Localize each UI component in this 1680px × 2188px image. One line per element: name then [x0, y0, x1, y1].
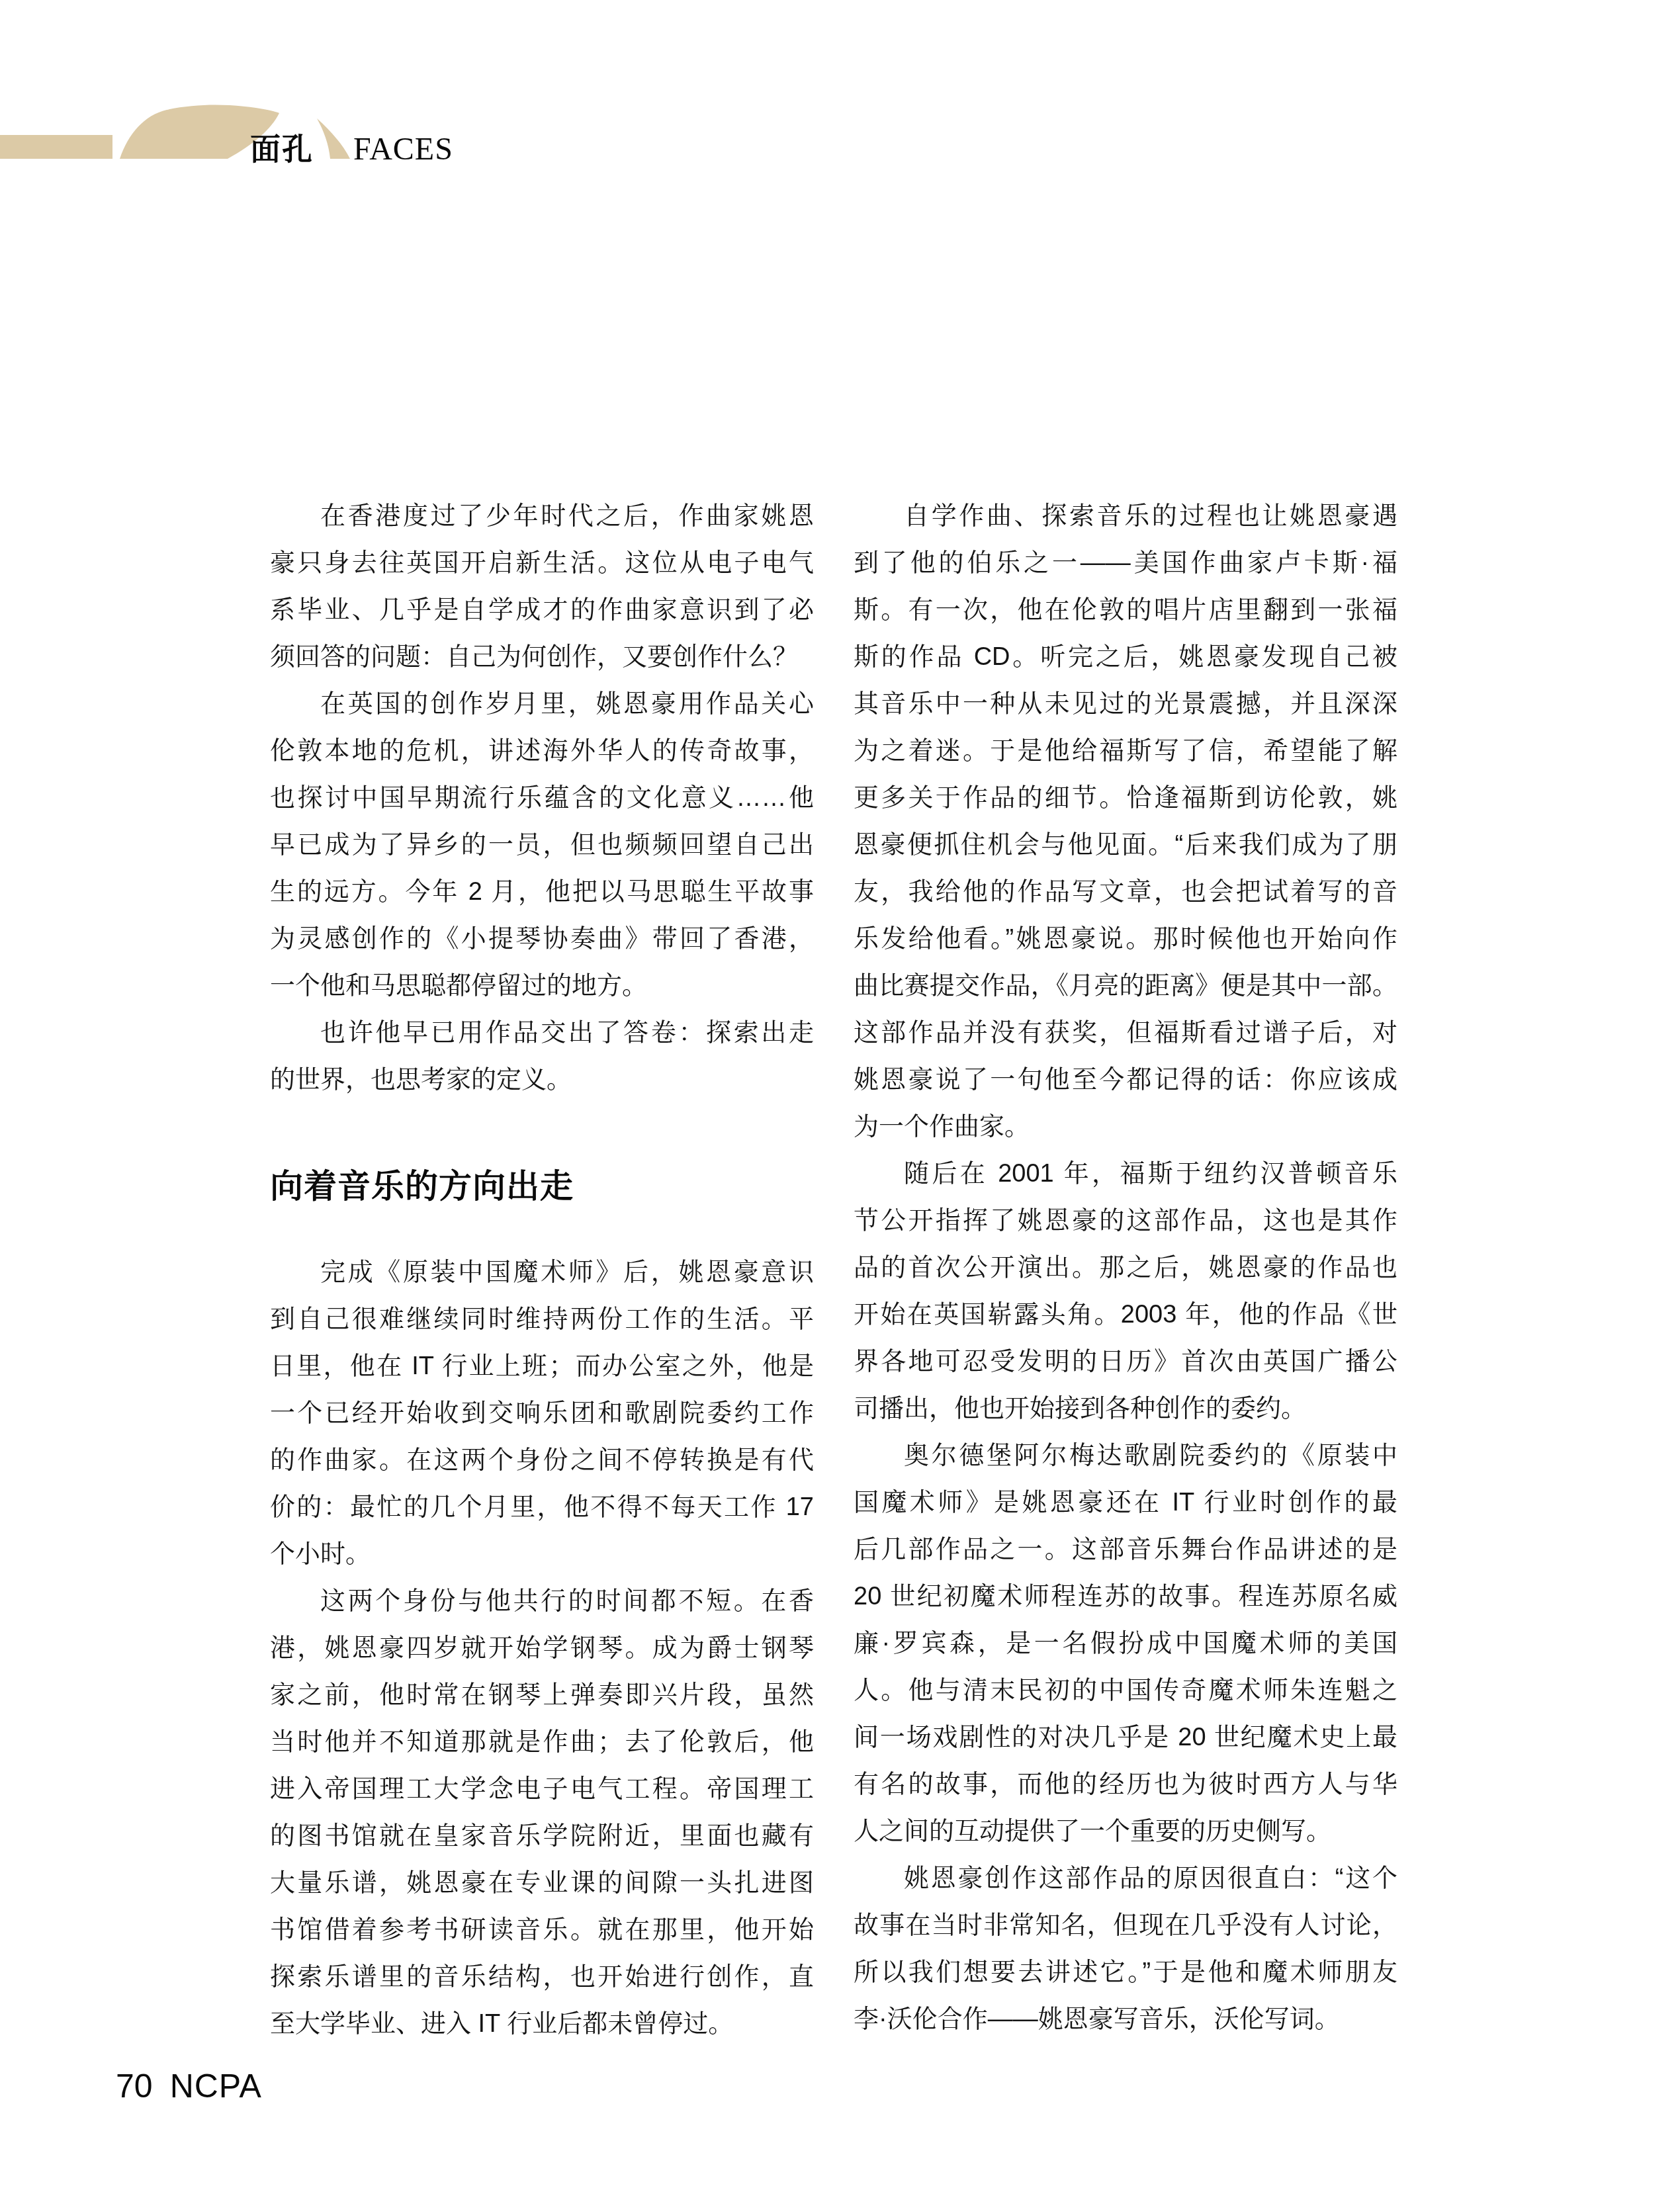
section-title-zh: 面孔: [250, 132, 314, 166]
text-line: 生的远方。今年 2 月，他把以马思聪生平故事: [270, 869, 814, 916]
paragraph: 也许他早已用作品交出了答卷：探索出走的世界，也思考家的定义。: [270, 1010, 814, 1104]
text-line: 须回答的问题：自己为何创作，又要创作什么？: [270, 634, 814, 681]
paragraph: 随后在 2001 年，福斯于纽约汉普顿音乐节公开指挥了姚恩豪的这部作品，这也是其…: [854, 1151, 1397, 1432]
section-heading: 向着音乐的方向出走: [270, 1166, 814, 1206]
section-title-en: FACES: [353, 133, 453, 166]
paragraph: 这两个身份与他共行的时间都不短。在香港，姚恩豪四岁就开始学钢琴。成为爵士钢琴家之…: [270, 1578, 814, 2048]
text-line: 界各地可忍受发明的日历》首次由英国广播公: [854, 1338, 1397, 1385]
text-line: 节公开指挥了姚恩豪的这部作品，这也是其作: [854, 1198, 1397, 1245]
text-line: 斯。有一次，他在伦敦的唱片店里翻到一张福: [854, 587, 1397, 634]
text-line: 为一个作曲家。: [854, 1104, 1397, 1151]
text-line: 更多关于作品的细节。恰逢福斯到访伦敦，姚: [854, 775, 1397, 822]
text-line: 随后在 2001 年，福斯于纽约汉普顿音乐: [854, 1151, 1397, 1198]
paragraph: 奥尔德堡阿尔梅达歌剧院委约的《原装中国魔术师》是姚恩豪还在 IT 行业时创作的最…: [854, 1432, 1397, 1855]
text-line: 的图书馆就在皇家音乐学院附近，里面也藏有: [270, 1813, 814, 1860]
article-column-right: 自学作曲、探索音乐的过程也让姚恩豪遇到了他的伯乐之一——美国作曲家卢卡斯·福斯。…: [854, 493, 1397, 2043]
text-line: 有名的故事，而他的经历也为彼时西方人与华: [854, 1761, 1397, 1808]
text-line: 乐发给他看。”姚恩豪说。那时候他也开始向作: [854, 916, 1397, 963]
text-line: 间一场戏剧性的对决几乎是 20 世纪魔术史上最: [854, 1714, 1397, 1761]
article-column-left: 在香港度过了少年时代之后，作曲家姚恩豪只身去往英国开启新生活。这位从电子电气系毕…: [270, 493, 814, 2048]
text-line: 日里，他在 IT 行业上班；而办公室之外，他是: [270, 1343, 814, 1390]
text-line: 的作曲家。在这两个身份之间不停转换是有代: [270, 1437, 814, 1484]
text-line: 在香港度过了少年时代之后，作曲家姚恩: [270, 493, 814, 540]
text-line: 姚恩豪说了一句他至今都记得的话：你应该成: [854, 1057, 1397, 1104]
text-line: 探索乐谱里的音乐结构，也开始进行创作，直: [270, 1954, 814, 2001]
text-line: 个小时。: [270, 1531, 814, 1578]
text-line: 系毕业、几乎是自学成才的作曲家意识到了必: [270, 587, 814, 634]
text-line: 也许他早已用作品交出了答卷：探索出走: [270, 1010, 814, 1057]
header-swoosh-shape: [317, 118, 350, 159]
text-line: 姚恩豪创作这部作品的原因很直白：“这个: [854, 1855, 1397, 1902]
text-line: 自学作曲、探索音乐的过程也让姚恩豪遇: [854, 493, 1397, 540]
text-line: 国魔术师》是姚恩豪还在 IT 行业时创作的最: [854, 1479, 1397, 1526]
text-line: 为灵感创作的《小提琴协奏曲》带回了香港，: [270, 916, 814, 963]
text-line: 豪只身去往英国开启新生活。这位从电子电气: [270, 540, 814, 587]
text-line: 到自己很难继续同时维持两份工作的生活。平: [270, 1296, 814, 1343]
text-line: 这部作品并没有获奖，但福斯看过谱子后，对: [854, 1010, 1397, 1057]
text-line: 曲比赛提交作品，《月亮的距离》便是其中一部。: [854, 963, 1397, 1010]
text-line: 进入帝国理工大学念电子电气工程。帝国理工: [270, 1766, 814, 1813]
text-line: 开始在英国崭露头角。2003 年，他的作品《世: [854, 1291, 1397, 1338]
paragraph: 完成《原装中国魔术师》后，姚恩豪意识到自己很难继续同时维持两份工作的生活。平日里…: [270, 1249, 814, 1578]
paragraph: 在香港度过了少年时代之后，作曲家姚恩豪只身去往英国开启新生活。这位从电子电气系毕…: [270, 493, 814, 681]
text-line: 当时他并不知道那就是作曲；去了伦敦后，他: [270, 1719, 814, 1766]
text-line: 的世界，也思考家的定义。: [270, 1057, 814, 1104]
text-line: 在英国的创作岁月里，姚恩豪用作品关心: [270, 681, 814, 728]
text-line: 港，姚恩豪四岁就开始学钢琴。成为爵士钢琴: [270, 1625, 814, 1672]
text-line: 廉·罗宾森，是一名假扮成中国魔术师的美国: [854, 1620, 1397, 1667]
text-line: 大量乐谱，姚恩豪在专业课的间隙一头扎进图: [270, 1860, 814, 1907]
text-line: 一个他和马思聪都停留过的地方。: [270, 963, 814, 1010]
magazine-page: 面孔 FACES 在香港度过了少年时代之后，作曲家姚恩豪只身去往英国开启新生活。…: [0, 0, 1680, 2188]
text-line: 奥尔德堡阿尔梅达歌剧院委约的《原装中: [854, 1432, 1397, 1479]
text-line: 也探讨中国早期流行乐蕴含的文化意义……他: [270, 775, 814, 822]
text-line: 至大学毕业、进入 IT 行业后都未曾停过。: [270, 2001, 814, 2048]
text-line: 友，我给他的作品写文章，也会把试着写的音: [854, 869, 1397, 916]
paragraph: 姚恩豪创作这部作品的原因很直白：“这个故事在当时非常知名，但现在几乎没有人讨论，…: [854, 1855, 1397, 2043]
text-line: 恩豪便抓住机会与他见面。“后来我们成为了朋: [854, 822, 1397, 869]
text-line: 品的首次公开演出。那之后，姚恩豪的作品也: [854, 1245, 1397, 1291]
text-line: 这两个身份与他共行的时间都不短。在香: [270, 1578, 814, 1625]
text-line: 为之着迷。于是他给福斯写了信，希望能了解: [854, 728, 1397, 775]
text-line: 人。他与清末民初的中国传奇魔术师朱连魁之: [854, 1667, 1397, 1714]
text-line: 后几部作品之一。这部音乐舞台作品讲述的是: [854, 1526, 1397, 1573]
brand-name: NCPA: [170, 2068, 262, 2105]
text-line: 司播出，他也开始接到各种创作的委约。: [854, 1385, 1397, 1432]
text-line: 书馆借着参考书研读音乐。就在那里，他开始: [270, 1907, 814, 1954]
page-footer: 70 NCPA: [116, 2068, 262, 2105]
header-bar-shape: [0, 135, 112, 159]
text-line: 价的：最忙的几个月里，他不得不每天工作 17: [270, 1484, 814, 1531]
text-line: 到了他的伯乐之一——美国作曲家卢卡斯·福: [854, 540, 1397, 587]
text-line: 伦敦本地的危机，讲述海外华人的传奇故事，: [270, 728, 814, 775]
text-line: 所以我们想要去讲述它。”于是他和魔术师朋友: [854, 1949, 1397, 1996]
text-line: 人之间的互动提供了一个重要的历史侧写。: [854, 1808, 1397, 1855]
text-line: 20 世纪初魔术师程连苏的故事。程连苏原名威: [854, 1573, 1397, 1620]
text-line: 故事在当时非常知名，但现在几乎没有人讨论，: [854, 1902, 1397, 1949]
paragraph: 在英国的创作岁月里，姚恩豪用作品关心伦敦本地的危机，讲述海外华人的传奇故事，也探…: [270, 681, 814, 1010]
text-line: 其音乐中一种从未见过的光景震撼，并且深深: [854, 681, 1397, 728]
text-line: 完成《原装中国魔术师》后，姚恩豪意识: [270, 1249, 814, 1296]
text-line: 家之前，他时常在钢琴上弹奏即兴片段，虽然: [270, 1672, 814, 1719]
text-line: 李·沃伦合作——姚恩豪写音乐，沃伦写词。: [854, 1996, 1397, 2043]
paragraph: 自学作曲、探索音乐的过程也让姚恩豪遇到了他的伯乐之一——美国作曲家卢卡斯·福斯。…: [854, 493, 1397, 1151]
text-line: 斯的作品 CD。听完之后，姚恩豪发现自己被: [854, 634, 1397, 681]
text-line: 一个已经开始收到交响乐团和歌剧院委约工作: [270, 1390, 814, 1437]
text-line: 早已成为了异乡的一员，但也频频回望自己出: [270, 822, 814, 869]
page-number: 70: [116, 2068, 153, 2105]
